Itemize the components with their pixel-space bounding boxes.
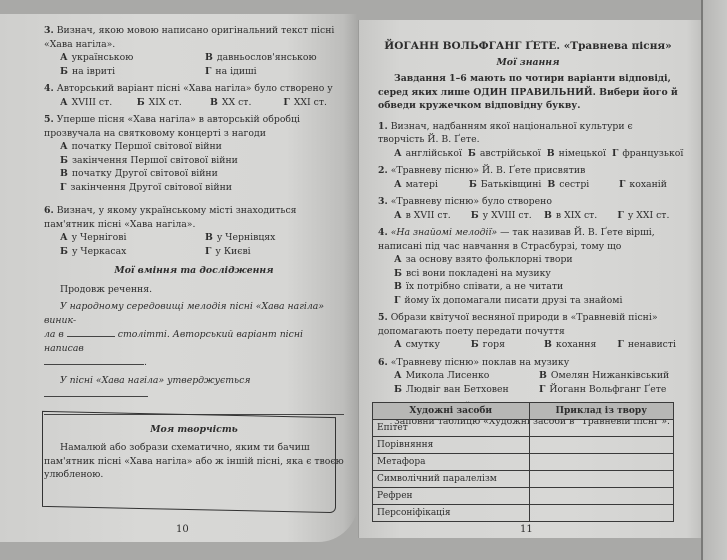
option-v[interactable]: Впочатку Другої світової війни — [60, 167, 344, 181]
option-g[interactable]: Гна ідиші — [205, 65, 344, 79]
option-a[interactable]: Ау Чернігові — [60, 231, 199, 245]
skills-instruction: Продовж речення. — [44, 283, 344, 297]
option-b[interactable]: Бу Черкасах — [60, 245, 199, 259]
option-g[interactable]: Гу Києві — [205, 245, 344, 259]
option-v[interactable]: Вв XIX ст. — [544, 209, 611, 223]
option-v[interactable]: Внімецької — [547, 147, 606, 161]
example-cell[interactable] — [529, 505, 673, 522]
option-a[interactable]: Аукраїнською — [60, 51, 199, 65]
table-row: Персоніфікація — [373, 505, 674, 522]
option-b[interactable]: БЛюдвіг ван Бетховен — [394, 383, 533, 397]
option-v[interactable]: ВОмелян Нижанківський — [539, 369, 678, 383]
option-b[interactable]: Бавстрійської — [468, 147, 541, 161]
option-g[interactable]: Гкоханій — [619, 178, 678, 192]
question-6: 6. «Травневу пісню» поклав на музику АМи… — [378, 356, 678, 397]
question-3: 3. «Травневу пісню» було створено Ав XVI… — [378, 195, 678, 222]
literary-devices-table: Художні засоби Приклад із твору Епітет П… — [372, 402, 674, 522]
question-1: 1. Визнач, надбанням якої національної к… — [378, 120, 678, 161]
question-2: 2. «Травневу пісню» Й. В. Ґете присвятив… — [378, 164, 678, 191]
example-cell[interactable] — [529, 488, 673, 505]
option-b[interactable]: Бвсі вони покладені на музику — [394, 267, 678, 281]
table-header-row: Художні засоби Приклад із твору — [373, 403, 674, 420]
option-v[interactable]: Вїх потрібно співати, а не читати — [394, 280, 678, 294]
question-4: 4. «На знайомі мелодії» — так називав Й.… — [378, 226, 678, 307]
header-example: Приклад із твору — [529, 403, 673, 420]
option-a[interactable]: Аанглійської — [394, 147, 462, 161]
option-v[interactable]: Вдавньослов'янською — [205, 51, 344, 65]
drawing-area[interactable] — [42, 411, 336, 513]
knowledge-title: Мої знання — [378, 56, 678, 70]
example-cell[interactable] — [529, 420, 673, 437]
option-v[interactable]: Всестрі — [547, 178, 613, 192]
skills-section-title: Мої вміння та дослідження — [44, 264, 344, 278]
example-cell[interactable] — [529, 471, 673, 488]
question-3: 3. Визнач, якою мовою написано оригіналь… — [44, 24, 344, 78]
table-row: Символічний паралелізм — [373, 471, 674, 488]
table-row: Порівняння — [373, 437, 674, 454]
option-g[interactable]: ГXXI ст. — [283, 96, 344, 110]
option-g[interactable]: ГЙоганн Вольфганг Ґете — [539, 383, 678, 397]
table-row: Рефрен — [373, 488, 674, 505]
author-blank[interactable] — [44, 355, 144, 365]
option-a[interactable]: Аматері — [394, 178, 463, 192]
option-g[interactable]: Гу XXI ст. — [617, 209, 678, 223]
option-a[interactable]: АXVIII ст. — [60, 96, 131, 110]
option-a[interactable]: Апочатку Першої світової війни — [60, 140, 344, 154]
option-a[interactable]: Ав XVII ст. — [394, 209, 465, 223]
task-intro: Завдання 1–6 мають по чотири варіанти ві… — [378, 72, 678, 113]
example-cell[interactable] — [529, 454, 673, 471]
sentence-2: У пісні «Хава нагіла» утверджується — [44, 374, 344, 402]
right-page-content: ЙОГАНН ВОЛЬФГАНГ ҐЕТЕ. «Травнева пісня» … — [378, 40, 678, 428]
book-edge — [701, 0, 727, 560]
table-row: Епітет — [373, 420, 674, 437]
option-g[interactable]: Гйому їх допомагали писати друзі та знай… — [394, 294, 678, 308]
option-g[interactable]: Гненависті — [617, 338, 678, 352]
affirms-blank[interactable] — [44, 387, 148, 397]
option-b[interactable]: Бу XVIII ст. — [471, 209, 538, 223]
page-number-left: 10 — [176, 524, 189, 535]
question-5: 5. Образи квітучої весняної природи в «Т… — [378, 311, 678, 352]
option-a[interactable]: АМикола Лисенко — [394, 369, 533, 383]
table-row: Метафора — [373, 454, 674, 471]
option-v[interactable]: Вкохання — [544, 338, 611, 352]
question-4: 4. Авторський варіант пісні «Хава нагіла… — [44, 82, 344, 109]
lesson-heading: ЙОГАНН ВОЛЬФГАНГ ҐЕТЕ. «Травнева пісня» — [378, 40, 678, 54]
option-b[interactable]: Бзакінчення Першої світової війни — [60, 154, 344, 168]
sentence-1: У народному середовищі мелодія пісні «Ха… — [44, 300, 344, 327]
option-b[interactable]: Бна івриті — [60, 65, 199, 79]
question-5: 5. Уперше пісня «Хава нагіла» в авторськ… — [44, 113, 344, 194]
example-cell[interactable] — [529, 437, 673, 454]
option-v[interactable]: Ву Чернівцях — [205, 231, 344, 245]
option-b[interactable]: БXIX ст. — [137, 96, 204, 110]
header-devices: Художні засоби — [373, 403, 530, 420]
question-6: 6. Визнач, у якому українському місті зн… — [44, 204, 344, 258]
option-g[interactable]: Гзакінчення Другої світової війни — [60, 181, 344, 195]
option-b[interactable]: ББатьківщині — [469, 178, 542, 192]
option-a[interactable]: Асмутку — [394, 338, 465, 352]
page-number-right: 11 — [520, 524, 533, 535]
option-b[interactable]: Бгоря — [471, 338, 538, 352]
century-blank[interactable] — [67, 327, 115, 337]
option-g[interactable]: Гфранцузької — [612, 147, 683, 161]
option-a[interactable]: Аза основу взято фольклорні твори — [394, 253, 678, 267]
option-v[interactable]: ВXX ст. — [210, 96, 277, 110]
